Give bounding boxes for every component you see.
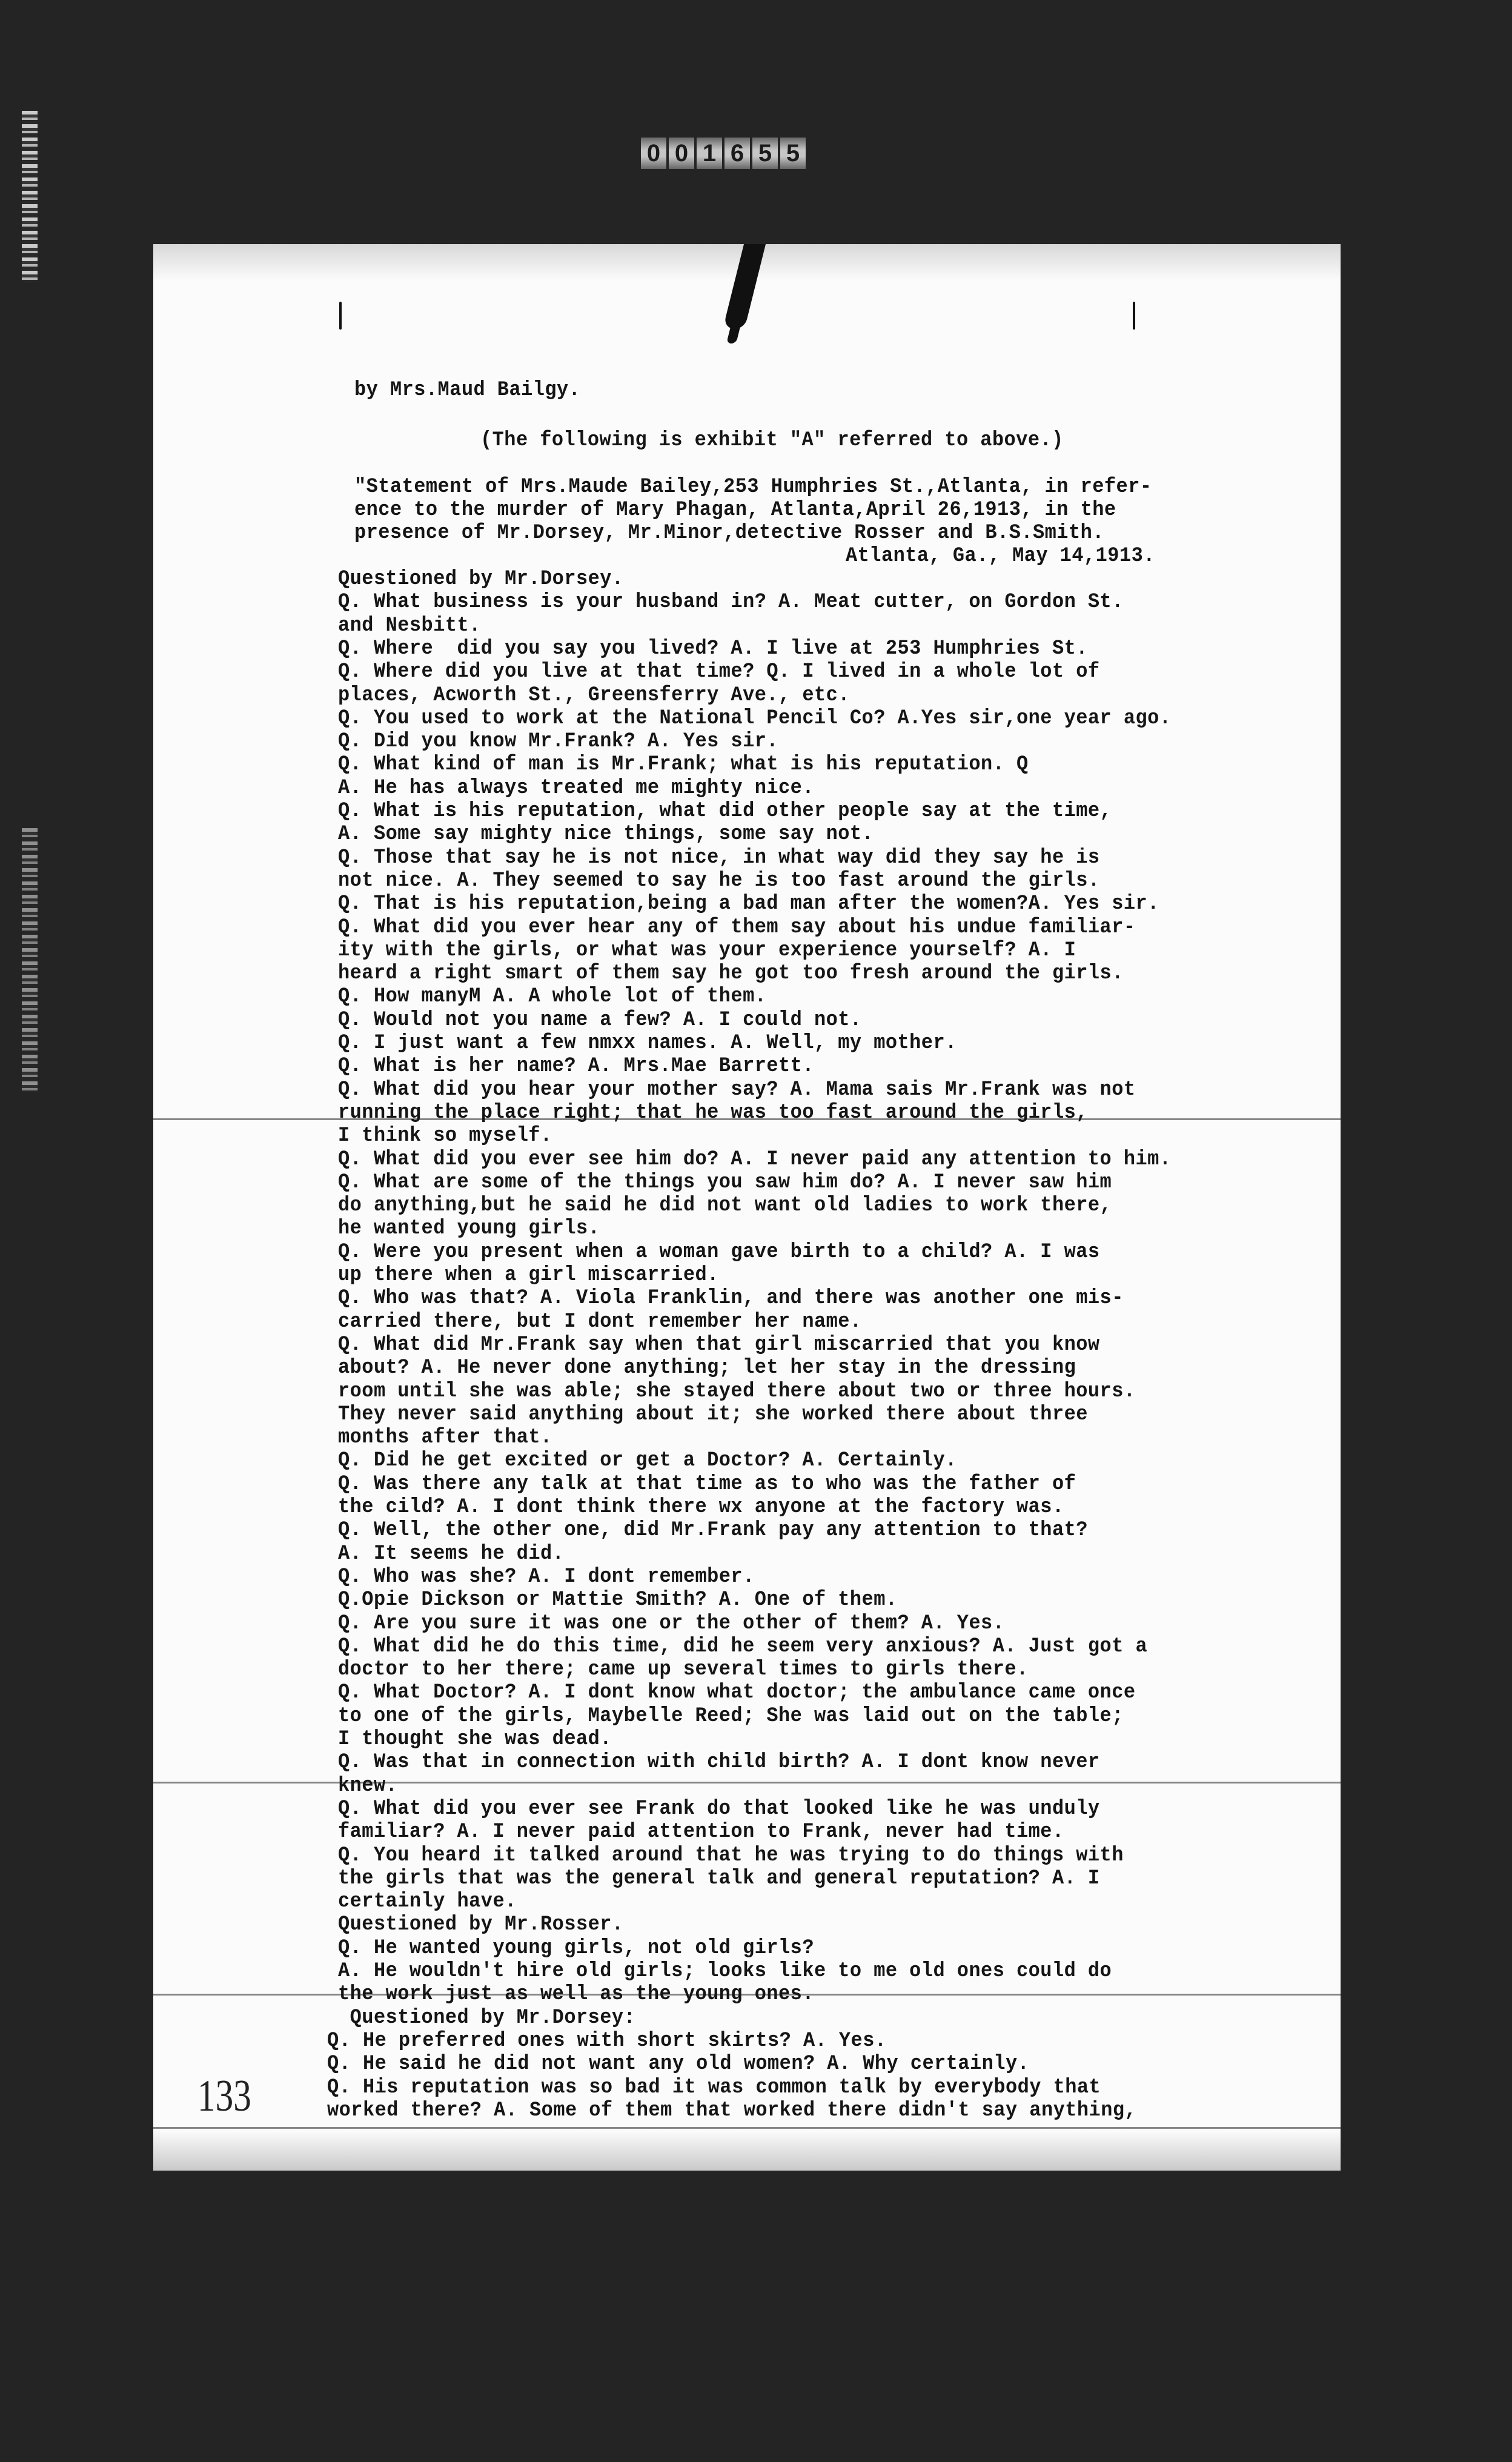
frame-digit: 5 bbox=[780, 138, 806, 169]
transcript-line: worked there? A. Some of them that worke… bbox=[327, 2099, 1136, 2122]
frame-digit: 1 bbox=[697, 138, 722, 169]
margin-tick-mark bbox=[339, 302, 342, 330]
statement-line: "Statement of Mrs.Maude Bailey,253 Humph… bbox=[354, 476, 1152, 499]
transcript-line: Q. What did you ever hear any of them sa… bbox=[338, 916, 1135, 939]
transcript-line: Q. You used to work at the National Penc… bbox=[338, 707, 1171, 730]
transcript-line: heard a right smart of them say he got t… bbox=[338, 962, 1124, 985]
scan-line-artifact bbox=[153, 1782, 1341, 1783]
transcript-line: doctor to her there; came up several tim… bbox=[338, 1658, 1029, 1681]
transcript-line: Q. That is his reputation,being a bad ma… bbox=[338, 892, 1159, 915]
transcript-line: A. He wouldn't hire old girls; looks lik… bbox=[338, 1960, 1112, 1983]
transcript-line: Q. How manyM A. A whole lot of them. bbox=[338, 985, 766, 1008]
transcript-line: not nice. A. They seemed to say he is to… bbox=[338, 869, 1100, 892]
transcript-line: A. He has always treated me mighty nice. bbox=[338, 777, 814, 800]
transcript-line: the girls that was the general talk and … bbox=[338, 1867, 1100, 1890]
transcript-line: Q. He preferred ones with short skirts? … bbox=[327, 2029, 887, 2052]
transcript-line: Q. Would not you name a few? A. I could … bbox=[338, 1009, 862, 1032]
statement-line: ence to the murder of Mary Phagan, Atlan… bbox=[354, 499, 1116, 522]
transcript-line: Q. What did you hear your mother say? A.… bbox=[338, 1078, 1135, 1101]
statement-line: presence of Mr.Dorsey, Mr.Minor,detectiv… bbox=[354, 522, 1104, 545]
transcript-line: A. Some say mighty nice things, some say… bbox=[338, 823, 874, 846]
document-page: by Mrs.Maud Bailgy. (The following is ex… bbox=[153, 244, 1341, 2171]
exhibit-note: (The following is exhibit "A" referred t… bbox=[480, 429, 1064, 452]
transcript-line: room until she was able; she stayed ther… bbox=[338, 1380, 1135, 1403]
transcript-line: I think so myself. bbox=[338, 1124, 552, 1147]
transcript-line: Q. Who was she? A. I dont remember. bbox=[338, 1565, 755, 1588]
examiner-heading: Questioned by Mr.Dorsey. bbox=[338, 568, 624, 591]
transcript-line: Q. I just want a few nmxx names. A. Well… bbox=[338, 1032, 957, 1055]
transcript-line: Q. What did you ever see Frank do that l… bbox=[338, 1797, 1100, 1820]
transcript-line: Q. He wanted young girls, not old girls? bbox=[338, 1937, 814, 1960]
transcript-line: Q. What are some of the things you saw h… bbox=[338, 1171, 1112, 1194]
transcript-line: Q. You heard it talked around that he wa… bbox=[338, 1844, 1124, 1867]
transcript-line: Q. What kind of man is Mr.Frank; what is… bbox=[338, 753, 1029, 776]
ink-blot-mark bbox=[723, 244, 766, 329]
transcript-line: knew. bbox=[338, 1774, 397, 1797]
transcript-line: Q. What did he do this time, did he seem… bbox=[338, 1635, 1147, 1658]
examiner-heading: Questioned by Mr.Rosser. bbox=[338, 1913, 624, 1936]
transcript-line: Q. Where did you live at that time? Q. I… bbox=[338, 660, 1100, 683]
transcript-line: Q. What did Mr.Frank say when that girl … bbox=[338, 1333, 1100, 1356]
film-edge-perforation bbox=[22, 828, 38, 1092]
transcript-line: They never said anything about it; she w… bbox=[338, 1403, 1088, 1426]
transcript-line: Q. Are you sure it was one or the other … bbox=[338, 1612, 1004, 1635]
frame-digit: 5 bbox=[752, 138, 778, 169]
transcript-line: the work just as well as the young ones. bbox=[338, 1983, 814, 2006]
transcript-line: I thought she was dead. bbox=[338, 1728, 612, 1751]
transcript-line: running the place right; that he was too… bbox=[338, 1101, 1088, 1124]
transcript-line: Q. Did he get excited or get a Doctor? A… bbox=[338, 1449, 957, 1472]
transcript-line: Q. Well, the other one, did Mr.Frank pay… bbox=[338, 1519, 1088, 1542]
transcript-line: A. It seems he did. bbox=[338, 1542, 564, 1565]
examiner-heading: Questioned by Mr.Dorsey: bbox=[338, 2006, 635, 2029]
transcript-line: Q. Who was that? A. Viola Franklin, and … bbox=[338, 1287, 1124, 1310]
transcript-line: certainly have. bbox=[338, 1890, 517, 1913]
transcript-line: and Nesbitt. bbox=[338, 614, 481, 637]
document-header: by Mrs.Maud Bailgy. bbox=[354, 379, 580, 402]
transcript-line: Q. What did you ever see him do? A. I ne… bbox=[338, 1148, 1171, 1171]
transcript-line: do anything,but he said he did not want … bbox=[338, 1194, 1112, 1217]
transcript-line: Q. Was there any talk at that time as to… bbox=[338, 1473, 1076, 1496]
transcript-line: up there when a girl miscarried. bbox=[338, 1264, 719, 1287]
transcript-line: familiar? A. I never paid attention to F… bbox=[338, 1820, 1064, 1843]
transcript-line: Q. Those that say he is not nice, in wha… bbox=[338, 846, 1100, 869]
microfilm-frame-number: 0 0 1 6 5 5 bbox=[641, 134, 806, 172]
frame-digit: 6 bbox=[724, 138, 750, 169]
transcript-line: Q. His reputation was so bad it was comm… bbox=[327, 2076, 1101, 2099]
transcript-line: Q. What Doctor? A. I dont know what doct… bbox=[338, 1681, 1135, 1704]
transcript-line: Q. Where did you say you lived? A. I liv… bbox=[338, 637, 1088, 660]
page-number: 133 bbox=[197, 2071, 251, 2122]
transcript-line: carried there, but I dont remember her n… bbox=[338, 1310, 862, 1333]
transcript-line: he wanted young girls. bbox=[338, 1217, 600, 1240]
frame-digit: 0 bbox=[641, 138, 666, 169]
transcript-line: Q. Did you know Mr.Frank? A. Yes sir. bbox=[338, 730, 778, 753]
place-date: Atlanta, Ga., May 14,1913. bbox=[846, 545, 1155, 568]
transcript-line: to one of the girls, Maybelle Reed; She … bbox=[338, 1705, 1124, 1728]
transcript-line: Q. Was that in connection with child bir… bbox=[338, 1751, 1100, 1774]
transcript-line: Q. What business is your husband in? A. … bbox=[338, 591, 1124, 614]
transcript-line: ity with the girls, or what was your exp… bbox=[338, 939, 1076, 962]
transcript-line: Q. What is her name? A. Mrs.Mae Barrett. bbox=[338, 1055, 814, 1078]
transcript-line: Q. He said he did not want any old women… bbox=[327, 2052, 1029, 2075]
transcript-line: months after that. bbox=[338, 1426, 552, 1449]
scan-line-artifact bbox=[153, 2127, 1341, 2129]
frame-digit: 0 bbox=[669, 138, 694, 169]
transcript-line: places, Acworth St., Greensferry Ave., e… bbox=[338, 684, 850, 707]
margin-tick-mark bbox=[1133, 302, 1135, 330]
transcript-line: Q.Opie Dickson or Mattie Smith? A. One o… bbox=[338, 1588, 898, 1611]
transcript-line: Q. Were you present when a woman gave bi… bbox=[338, 1241, 1100, 1264]
transcript-line: Q. What is his reputation, what did othe… bbox=[338, 800, 1112, 823]
film-edge-perforation bbox=[22, 111, 38, 282]
transcript-line: the cild? A. I dont think there wx anyon… bbox=[338, 1496, 1064, 1519]
transcript-line: about? A. He never done anything; let he… bbox=[338, 1356, 1076, 1379]
